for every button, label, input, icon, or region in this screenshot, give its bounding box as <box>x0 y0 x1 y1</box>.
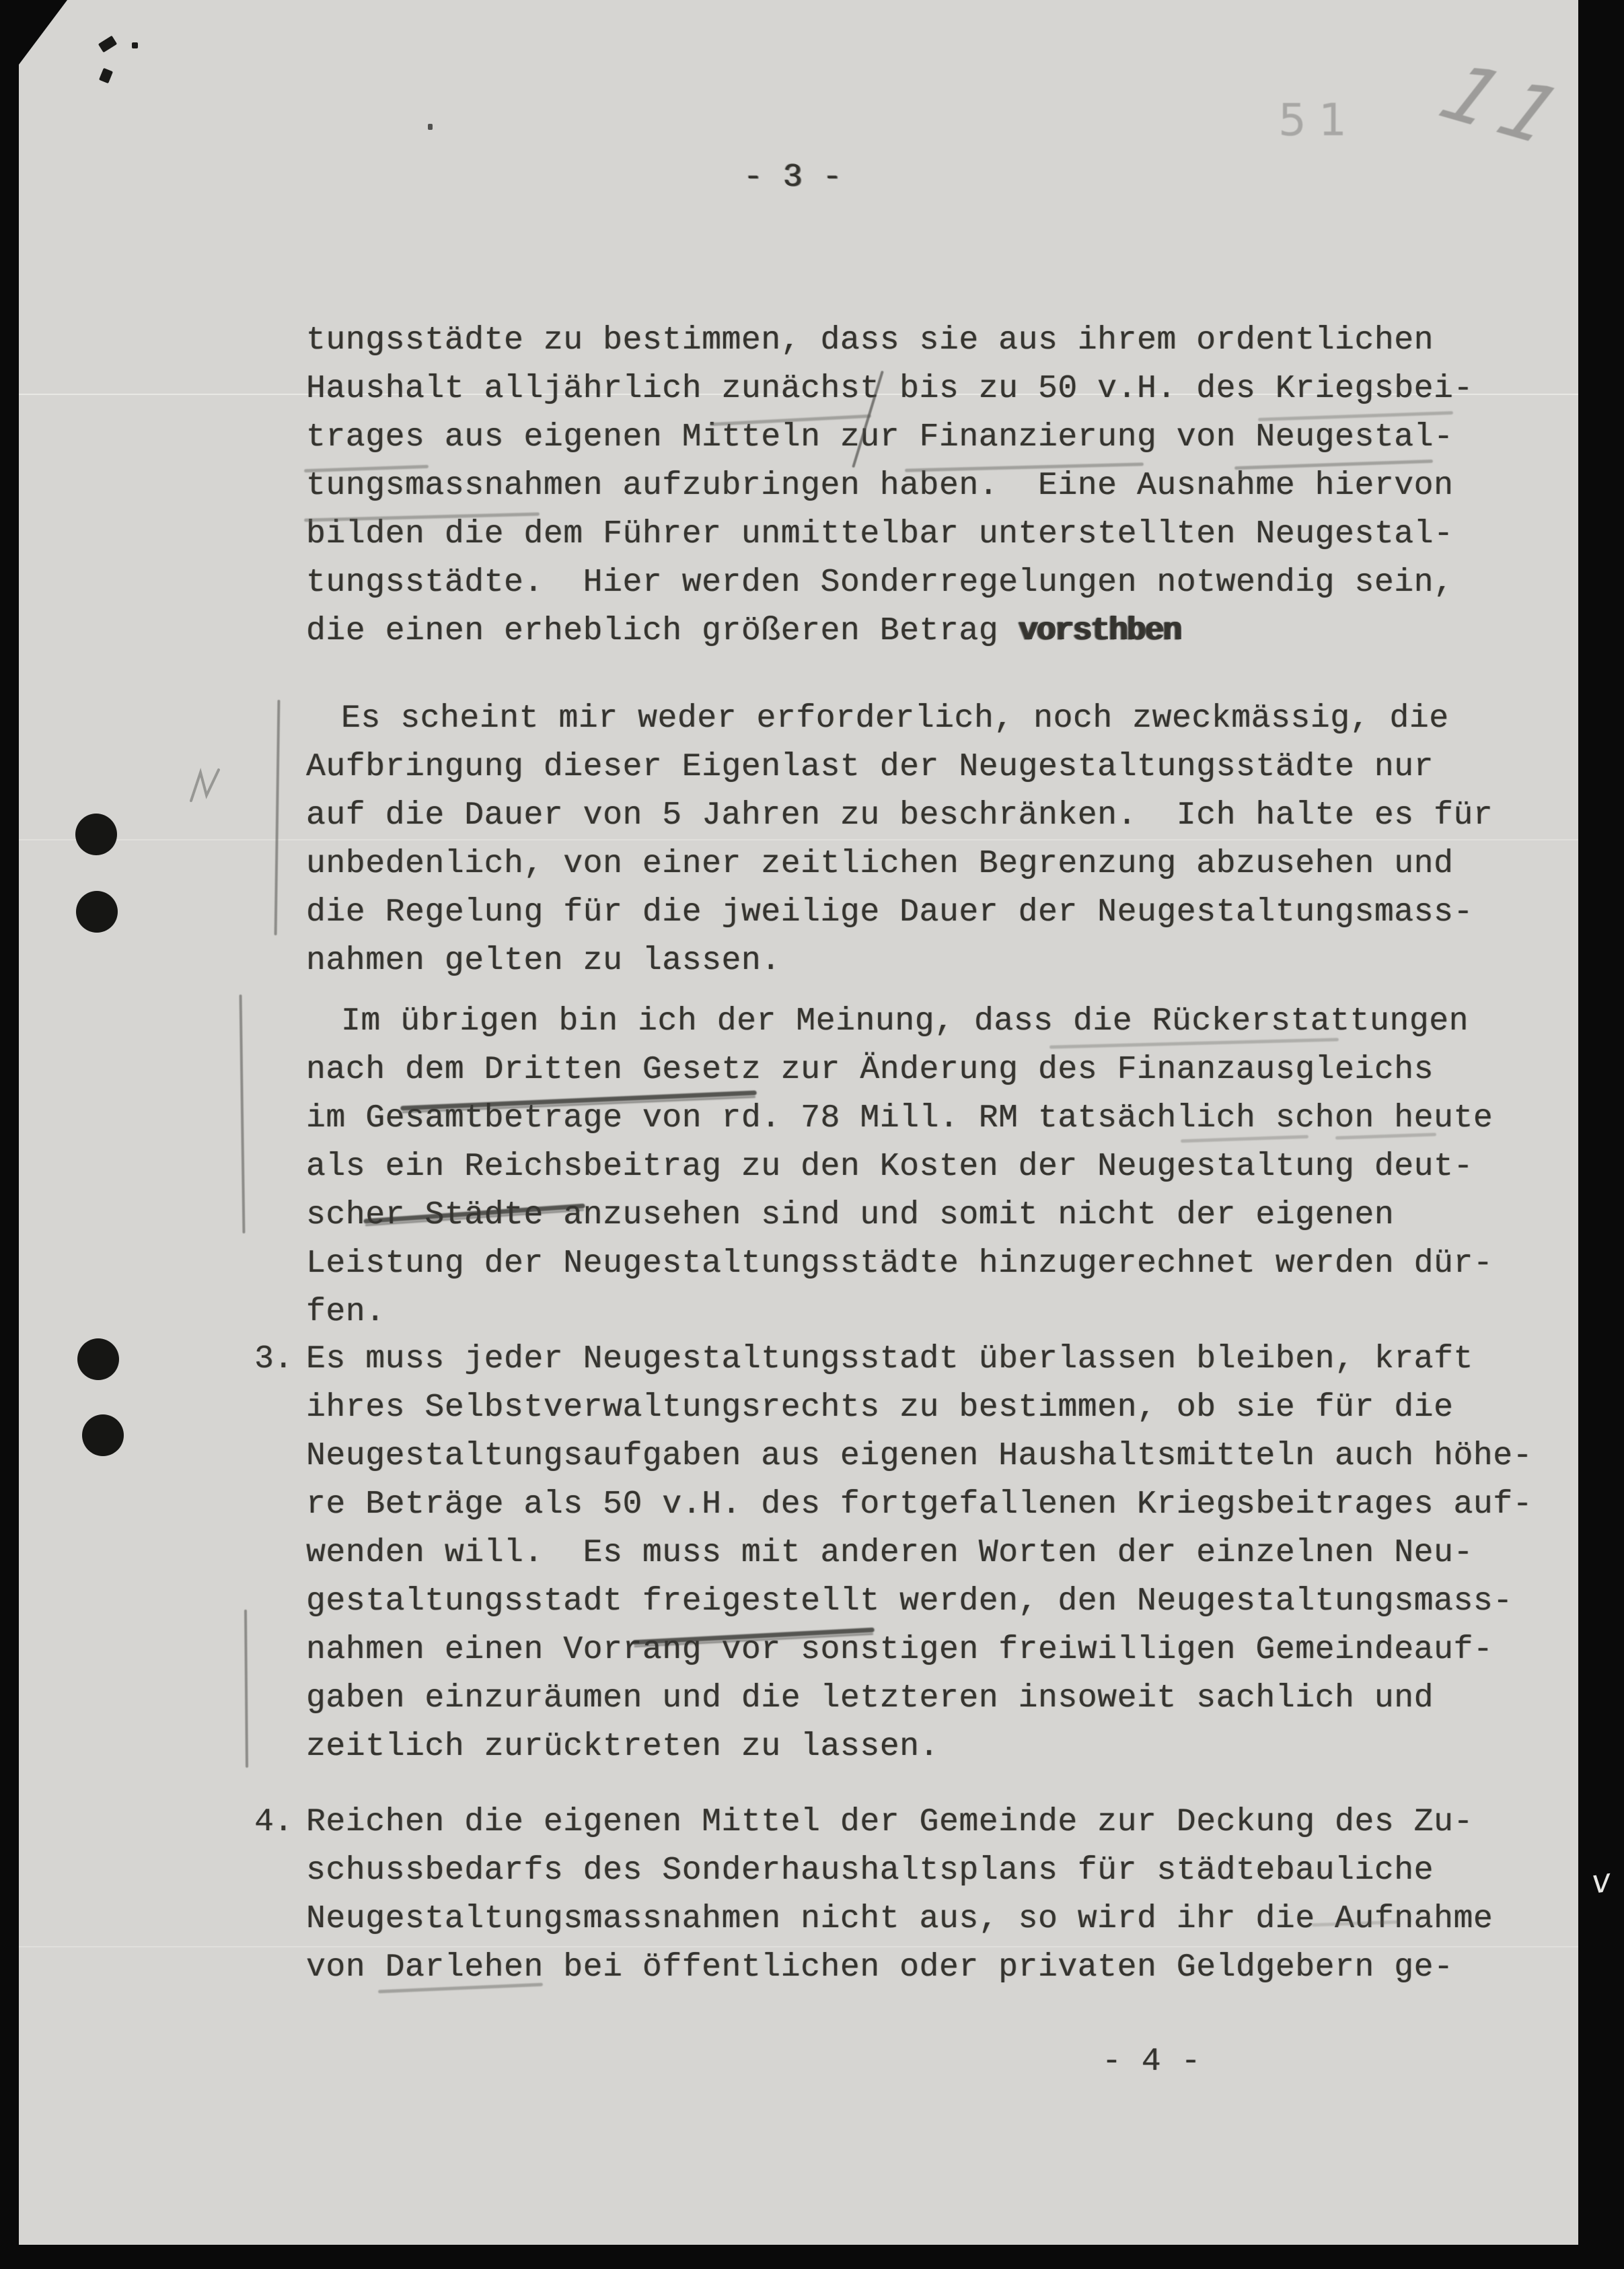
text-line: im Gesamtbetrage von rd. 78 Mill. RM tat… <box>306 1094 1493 1143</box>
text-line: auf die Dauer von 5 Jahren zu beschränke… <box>306 791 1493 840</box>
text-line: tungsstädte zu bestimmen, dass sie aus i… <box>306 316 1434 365</box>
text-line: ihres Selbstverwaltungsrechts zu bestimm… <box>306 1383 1453 1432</box>
overstruck-word: vorsthben <box>1019 613 1181 649</box>
punch-hole <box>82 1414 124 1456</box>
text-line: fen. <box>306 1288 385 1336</box>
text-line: Haushalt alljährlich zunächst bis zu 50 … <box>306 365 1473 413</box>
punch-hole <box>76 891 118 933</box>
text-line: wenden will. Es muss mit anderen Worten … <box>306 1529 1473 1577</box>
text-line: von Darlehen bei öffentlichen oder priva… <box>306 1943 1453 1992</box>
header-page-number: - 3 - <box>743 153 842 202</box>
text-line: Es scheint mir weder erforderlich, noch … <box>306 694 1449 743</box>
scanned-document-page: 51 11 - 3 - tungsstädte zu bestimmen, da… <box>0 0 1624 2269</box>
text-line: als ein Reichsbeitrag zu den Kosten der … <box>306 1143 1473 1191</box>
text-line-prefix: die einen erheblich größeren Betrag <box>306 613 1019 649</box>
corner-stamp-number: 51 <box>1278 94 1359 146</box>
edge-handwritten-mark: v <box>1589 1861 1613 1901</box>
text-line: gaben einzuräumen und die letzteren inso… <box>306 1674 1434 1723</box>
item-number: 4. <box>254 1798 293 1846</box>
text-line: Neugestaltungsaufgaben aus eigenen Haush… <box>306 1432 1533 1480</box>
ink-speck <box>99 68 113 83</box>
text-line: die Regelung für die jweilige Dauer der … <box>306 888 1473 937</box>
margin-pencil-mark <box>188 767 229 807</box>
text-line: nahmen gelten zu lassen. <box>306 937 781 985</box>
punch-hole <box>75 814 117 855</box>
text-line: Leistung der Neugestaltungsstädte hinzug… <box>306 1239 1493 1288</box>
item-number: 3. <box>254 1335 293 1383</box>
punch-hole <box>77 1338 119 1380</box>
ink-speck <box>428 124 433 130</box>
text-line: nahmen einen Vorrang vor sonstigen freiw… <box>306 1626 1493 1674</box>
text-line: Reichen die eigenen Mittel der Gemeinde … <box>306 1798 1473 1846</box>
text-line: gestaltungsstadt freigestellt werden, de… <box>306 1577 1513 1626</box>
text-line: unbedenlich, von einer zeitlichen Begren… <box>306 840 1453 888</box>
text-line: nach dem Dritten Gesetz zur Änderung des… <box>306 1046 1434 1094</box>
footer-page-number: - 4 - <box>1102 2038 1201 2086</box>
text-line: Aufbringung dieser Eigenlast der Neugest… <box>306 743 1434 791</box>
text-line: die einen erheblich größeren Betrag vors… <box>306 607 1181 655</box>
text-line: Neugestaltungsmassnahmen nicht aus, so w… <box>306 1895 1493 1943</box>
text-line: tungsmassnahmen aufzubringen haben. Eine… <box>306 462 1453 510</box>
text-line: schussbedarfs des Sonderhaushaltsplans f… <box>306 1846 1434 1895</box>
text-line: re Beträge als 50 v.H. des fortgefallene… <box>306 1480 1533 1529</box>
text-line: tungsstädte. Hier werden Sonderregelunge… <box>306 559 1453 607</box>
ink-speck <box>98 36 117 52</box>
ink-speck <box>132 42 138 48</box>
text-line: zeitlich zurücktreten zu lassen. <box>306 1723 939 1771</box>
text-line: Es muss jeder Neugestaltungsstadt überla… <box>306 1335 1473 1383</box>
